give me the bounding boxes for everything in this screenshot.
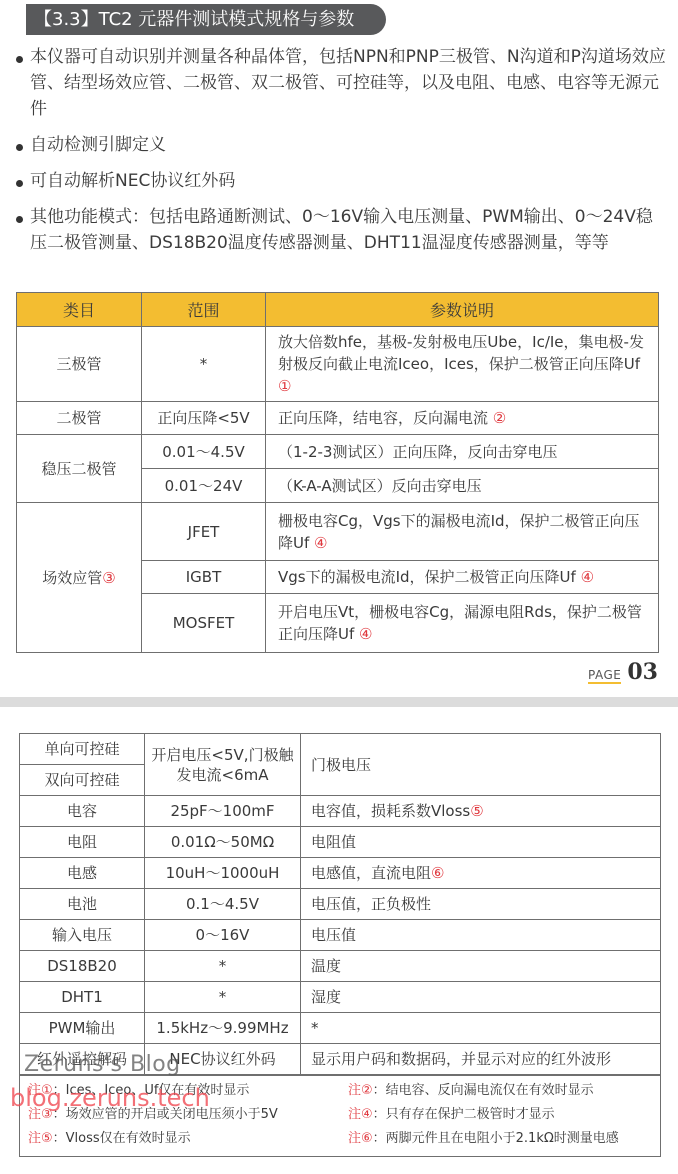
page-label: PAGE: [588, 668, 621, 684]
row-range: 0.01～4.5V: [142, 435, 266, 469]
note-ref: ⑥: [431, 864, 444, 882]
row-category: DHT1: [20, 982, 145, 1013]
row-description: 放大倍数hfe，基极-发射极电压Ube，Ic/Ie，集电极-发射极反向截止电流I…: [266, 327, 659, 402]
row-range: 10uH～1000uH: [145, 858, 301, 889]
table-row: 三极管 * 放大倍数hfe，基极-发射极电压Ube，Ic/Ie，集电极-发射极反…: [17, 327, 659, 402]
row-category: 双向可控硅: [20, 765, 145, 796]
row-category: 输入电压: [20, 920, 145, 951]
row-category: 二极管: [17, 402, 142, 435]
row-category: DS18B20: [20, 951, 145, 982]
table-row: DS18B20 * 温度: [20, 951, 661, 982]
row-description: 栅极电容Cg，Vgs下的漏极电流Id，保护二极管正向压降Uf ④: [266, 503, 659, 561]
row-category: 场效应管③: [17, 503, 142, 653]
table-header-row: 类目 范围 参数说明: [17, 293, 659, 327]
row-description: 电容值，损耗系数Vloss⑤: [301, 796, 661, 827]
footnote: 注④：只有存在保护二极管时才显示: [348, 1104, 658, 1126]
row-description: Vgs下的漏极电流Id，保护二极管正向压降Uf ④: [266, 561, 659, 594]
watermark-blog-name: Zeruns's Blog: [24, 1052, 181, 1077]
row-range: JFET: [142, 503, 266, 561]
table-row: 场效应管③ JFET 栅极电容Cg，Vgs下的漏极电流Id，保护二极管正向压降U…: [17, 503, 659, 561]
section-title: 【3.3】TC2 元器件测试模式规格与参数: [26, 4, 386, 35]
row-range: *: [145, 982, 301, 1013]
header-range: 范围: [142, 293, 266, 327]
row-description: 门极电压: [301, 734, 661, 796]
row-description: 显示用户码和数据码，并显示对应的红外波形: [301, 1044, 661, 1075]
feature-list: 本仪器可自动识别并测量各种晶体管，包括NPN和PNP三极管、N沟道和P沟道场效应…: [14, 44, 669, 266]
note-ref: ③: [102, 569, 115, 587]
page-digits: 03: [627, 659, 658, 685]
table-row: 电感 10uH～1000uH 电感值，直流电阻⑥: [20, 858, 661, 889]
row-range: *: [145, 951, 301, 982]
row-range: 0～16V: [145, 920, 301, 951]
row-range: 正向压降<5V: [142, 402, 266, 435]
row-category: 电感: [20, 858, 145, 889]
page-divider: [0, 697, 678, 707]
spec-table: 类目 范围 参数说明 三极管 * 放大倍数hfe，基极-发射极电压Ube，Ic/…: [16, 292, 659, 653]
table-row: 电容 25pF～100mF 电容值，损耗系数Vloss⑤: [20, 796, 661, 827]
table-row: 电阻 0.01Ω～50MΩ 电阻值: [20, 827, 661, 858]
table-row: DHT1 * 湿度: [20, 982, 661, 1013]
row-description: 湿度: [301, 982, 661, 1013]
row-range: 0.01～24V: [142, 469, 266, 503]
feature-item: 自动检测引脚定义: [14, 132, 669, 158]
row-category: 稳压二极管: [17, 435, 142, 503]
row-range: 0.1～4.5V: [145, 889, 301, 920]
row-description: 温度: [301, 951, 661, 982]
row-description: 电感值，直流电阻⑥: [301, 858, 661, 889]
note-ref: ⑤: [470, 802, 483, 820]
row-category: 电容: [20, 796, 145, 827]
note-ref: ②: [493, 409, 506, 427]
note-ref: ④: [581, 568, 594, 586]
note-ref: ④: [314, 534, 327, 552]
header-description: 参数说明: [266, 293, 659, 327]
row-range: 0.01Ω～50MΩ: [145, 827, 301, 858]
watermark-blog-url: blog.zeruns.tech: [10, 1084, 210, 1112]
footnote: 注②：结电容、反向漏电流仅在有效时显示: [348, 1080, 658, 1102]
row-range: 1.5kHz～9.99MHz: [145, 1013, 301, 1044]
row-description: *: [301, 1013, 661, 1044]
manual-page-03: 【3.3】TC2 元器件测试模式规格与参数 本仪器可自动识别并测量各种晶体管，包…: [0, 0, 678, 697]
feature-item: 可自动解析NEC协议红外码: [14, 168, 669, 194]
row-category: PWM输出: [20, 1013, 145, 1044]
row-range: IGBT: [142, 561, 266, 594]
note-ref: ④: [359, 625, 372, 643]
header-category: 类目: [17, 293, 142, 327]
table-row: 单向可控硅 开启电压<5V,门极触发电流<6mA 门极电压: [20, 734, 661, 765]
page-number: PAGE 03: [588, 659, 658, 685]
table-row: PWM输出 1.5kHz～9.99MHz *: [20, 1013, 661, 1044]
table-row: 输入电压 0～16V 电压值: [20, 920, 661, 951]
row-category: 电阻: [20, 827, 145, 858]
row-category: 电池: [20, 889, 145, 920]
feature-item: 其他功能模式：包括电路通断测试、0～16V输入电压测量、PWM输出、0～24V稳…: [14, 204, 669, 256]
row-description: （1-2-3测试区）正向压降，反向击穿电压: [266, 435, 659, 469]
row-description: 电压值: [301, 920, 661, 951]
table-row: 稳压二极管 0.01～4.5V （1-2-3测试区）正向压降，反向击穿电压: [17, 435, 659, 469]
row-description: 开启电压Vt，栅极电容Cg，漏源电阻Rds，保护二极管正向压降Uf ④: [266, 594, 659, 653]
row-description: （K-A-A测试区）反向击穿电压: [266, 469, 659, 503]
row-range: *: [142, 327, 266, 402]
row-description: 电压值，正负极性: [301, 889, 661, 920]
footnote: 注⑥：两脚元件且在电阻小于2.1kΩ时测量电感: [348, 1128, 658, 1150]
row-description: 正向压降，结电容，反向漏电流 ②: [266, 402, 659, 435]
row-category: 单向可控硅: [20, 734, 145, 765]
row-category: 三极管: [17, 327, 142, 402]
row-description: 电阻值: [301, 827, 661, 858]
row-range: 开启电压<5V,门极触发电流<6mA: [145, 734, 301, 796]
table-row: 二极管 正向压降<5V 正向压降，结电容，反向漏电流 ②: [17, 402, 659, 435]
row-range: MOSFET: [142, 594, 266, 653]
table-row: 电池 0.1～4.5V 电压值，正负极性: [20, 889, 661, 920]
row-range: 25pF～100mF: [145, 796, 301, 827]
footnote: 注⑤：Vloss仅在有效时显示: [28, 1128, 348, 1150]
note-ref: ①: [278, 377, 291, 395]
feature-item: 本仪器可自动识别并测量各种晶体管，包括NPN和PNP三极管、N沟道和P沟道场效应…: [14, 44, 669, 122]
